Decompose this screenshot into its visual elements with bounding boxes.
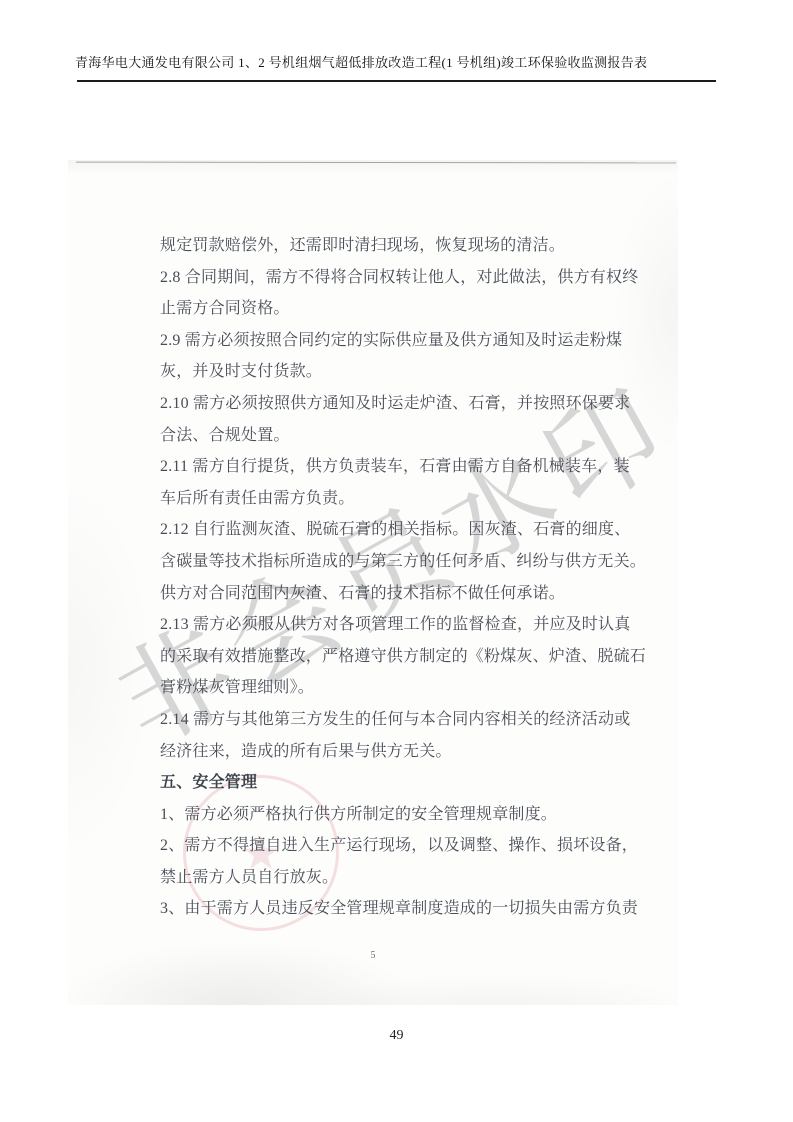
text-line: 2.12 自行监测灰渣、脱硫石膏的相关指标。因灰渣、石膏的细度、 (160, 514, 630, 546)
scanned-page: ★ 非会员水印 规定罚款赔偿外，还需即时清扫现场，恢复现场的清洁。 2.8 合同… (68, 160, 678, 1005)
text-line: 的采取有效措施整改，严格遵守供方制定的《粉煤灰、炉渣、脱硫石 (160, 641, 630, 673)
text-line: 2.14 需方与其他第三方发生的任何与本合同内容相关的经济活动或 (160, 704, 630, 736)
text-line: 2.11 需方自行提货，供方负责装车，石膏由需方自备机械装车，装 (160, 451, 630, 483)
text-line: 车后所有责任由需方负责。 (160, 483, 630, 515)
text-line: 2.8 合同期间，需方不得将合同权转让他人，对此做法，供方有权终 (160, 262, 630, 294)
text-line: 经济往来，造成的所有后果与供方无关。 (160, 736, 630, 768)
text-line: 供方对合同范围内灰渣、石膏的技术指标不做任何承诺。 (160, 578, 630, 610)
text-line: 3、由于需方人员违反安全管理规章制度造成的一切损失由需方负责 (160, 893, 630, 925)
text-line: 1、需方必须严格执行供方所制定的安全管理规章制度。 (160, 799, 630, 831)
header-divider (77, 80, 716, 82)
section-heading-safety-management: 五、安全管理 (160, 767, 630, 799)
text-line: 含碳量等技术指标所造成的与第三方的任何矛盾、纠纷与供方无关。 (160, 546, 630, 578)
scan-paper-edge (76, 162, 676, 164)
text-line: 2.13 需方必须服从供方对各项管理工作的监督检查，并应及时认真 (160, 609, 630, 641)
text-line: 2.10 需方必须按照供方通知及时运走炉渣、石膏，并按照环保要求 (160, 388, 630, 420)
text-line: 止需方合同资格。 (160, 293, 630, 325)
text-line: 膏粉煤灰管理细则》。 (160, 672, 630, 704)
footer-page-number: 49 (0, 1028, 793, 1044)
contract-text-block: 规定罚款赔偿外，还需即时清扫现场，恢复现场的清洁。 2.8 合同期间，需方不得将… (160, 230, 630, 925)
text-line: 2、需方不得擅自进入生产运行现场，以及调整、操作、损坏设备， (160, 830, 630, 862)
text-line: 合法、合规处置。 (160, 420, 630, 452)
scan-page-number: 5 (68, 950, 678, 961)
text-line: 灰，并及时支付货款。 (160, 356, 630, 388)
text-line: 禁止需方人员自行放灰。 (160, 862, 630, 894)
text-line: 规定罚款赔偿外，还需即时清扫现场，恢复现场的清洁。 (160, 230, 630, 262)
page-title: 青海华电大通发电有限公司 1、2 号机组烟气超低排放改造工程(1 号机组)竣工环… (75, 52, 735, 71)
text-line: 2.9 需方必须按照合同约定的实际供应量及供方通知及时运走粉煤 (160, 325, 630, 357)
